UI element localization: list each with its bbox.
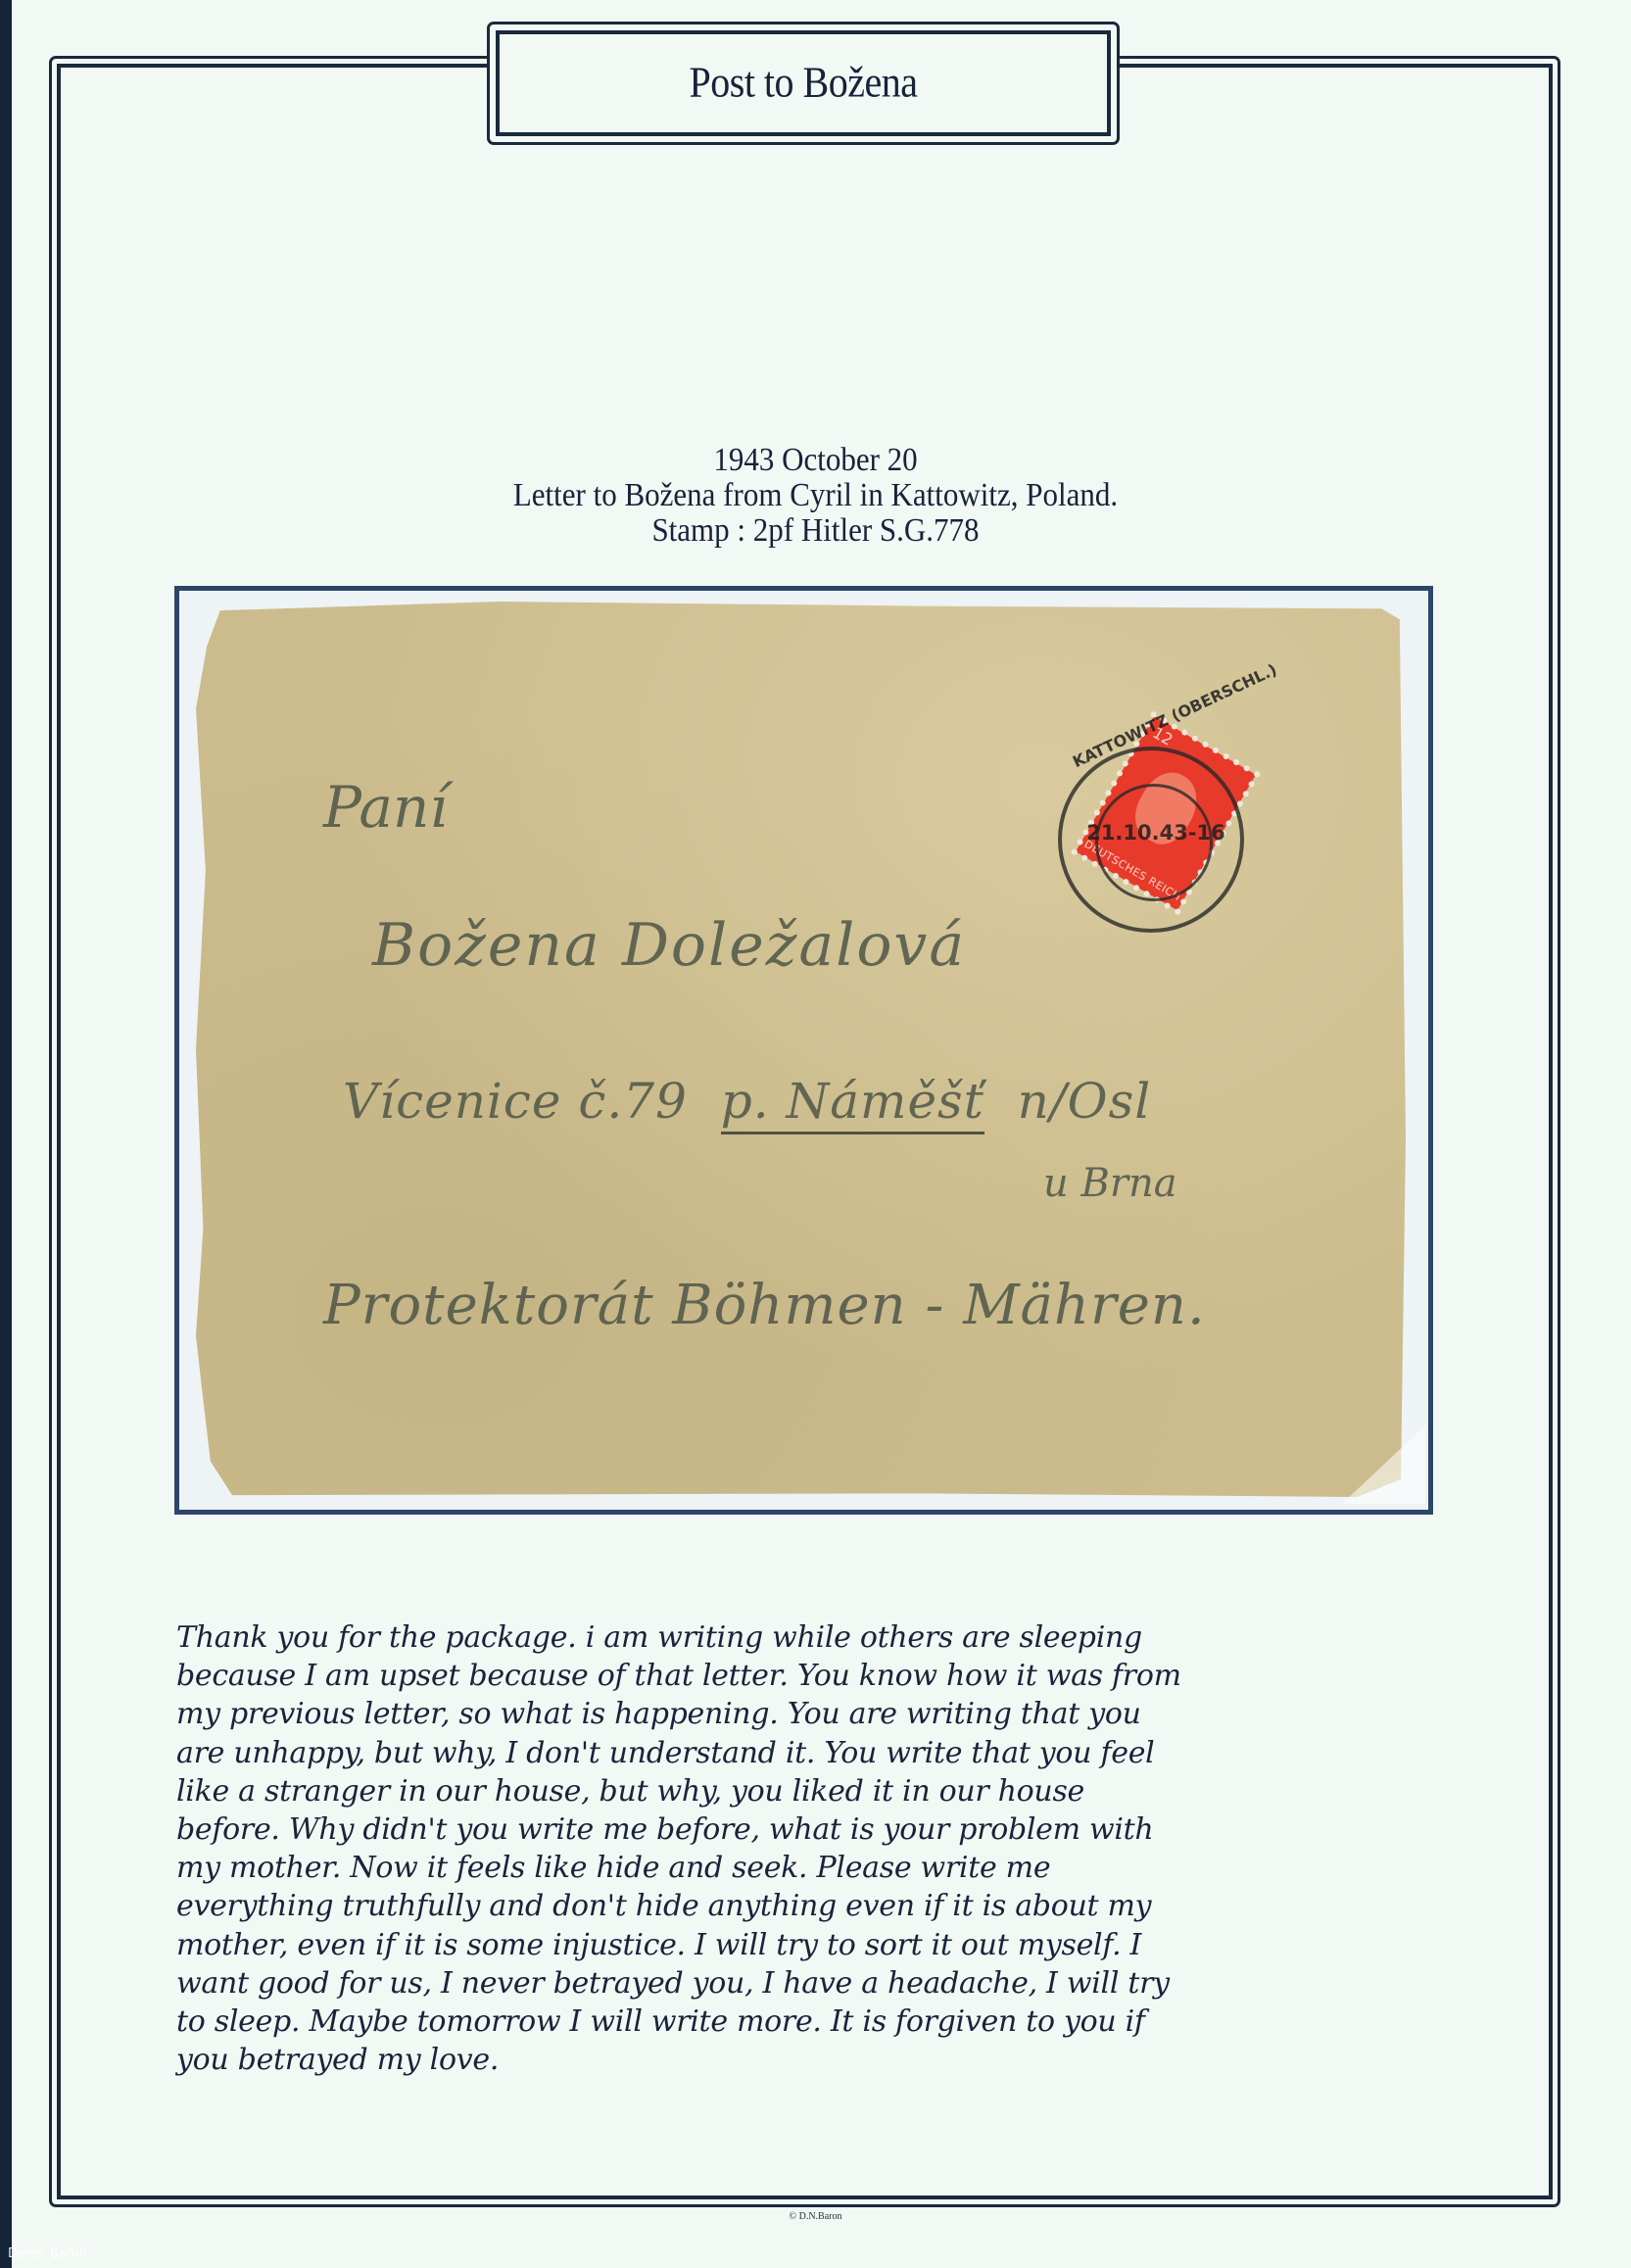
letter-line: you betrayed my love. [176, 2041, 1450, 2079]
watermark: Derek Baron [8, 2246, 87, 2261]
letter-line: because I am upset because of that lette… [176, 1657, 1450, 1695]
address-salutation: Paní [323, 774, 448, 841]
envelope [196, 602, 1406, 1497]
letter-line: my previous letter, so what is happening… [176, 1695, 1450, 1733]
address-street: Vícenice č.79 p. Náměšť n/Osl [343, 1073, 1151, 1130]
scan-edge-strip [0, 0, 12, 2268]
address-river: n/Osl [1018, 1073, 1152, 1130]
title-box-inner: Post to Božena [496, 30, 1111, 136]
letter-line: my mother. Now it feels like hide and se… [176, 1849, 1450, 1887]
letter-line: want good for us, I never betrayed you, … [176, 1964, 1450, 2003]
letter-line: are unhappy, but why, I don't understand… [176, 1734, 1450, 1772]
item-caption: 1943 October 20 Letter to Božena from Cy… [0, 442, 1631, 548]
letter-line: before. Why didn't you write me before, … [176, 1810, 1450, 1849]
caption-description: Letter to Božena from Cyril in Kattowitz… [0, 476, 1631, 514]
caption-date: 1943 October 20 [0, 441, 1631, 479]
letter-line: everything truthfully and don't hide any… [176, 1887, 1450, 1925]
title-box: Post to Božena [487, 22, 1120, 145]
copyright-footer: © D.N.Baron [0, 2211, 1631, 2222]
address-near-city: u Brna [1043, 1161, 1177, 1206]
letter-line: like a stranger in our house, but why, y… [176, 1772, 1450, 1810]
address-village: Vícenice č.79 [343, 1073, 688, 1130]
letter-translation: Thank you for the package. i am writing … [176, 1618, 1450, 2079]
address-post-office: p. Náměšť [721, 1073, 984, 1134]
address-country: Protektorát Böhmen - Mähren. [323, 1274, 1206, 1337]
page-title: Post to Božena [690, 56, 918, 108]
caption-stamp: Stamp : 2pf Hitler S.G.778 [0, 511, 1631, 550]
postmark-date: 21.10.43-16 [1082, 821, 1229, 844]
letter-line: to sleep. Maybe tomorrow I will write mo… [176, 2003, 1450, 2041]
letter-line: Thank you for the package. i am writing … [176, 1618, 1450, 1657]
letter-line: mother, even if it is some injustice. I … [176, 1926, 1450, 1964]
address-recipient: Božena Doležalová [372, 911, 966, 980]
